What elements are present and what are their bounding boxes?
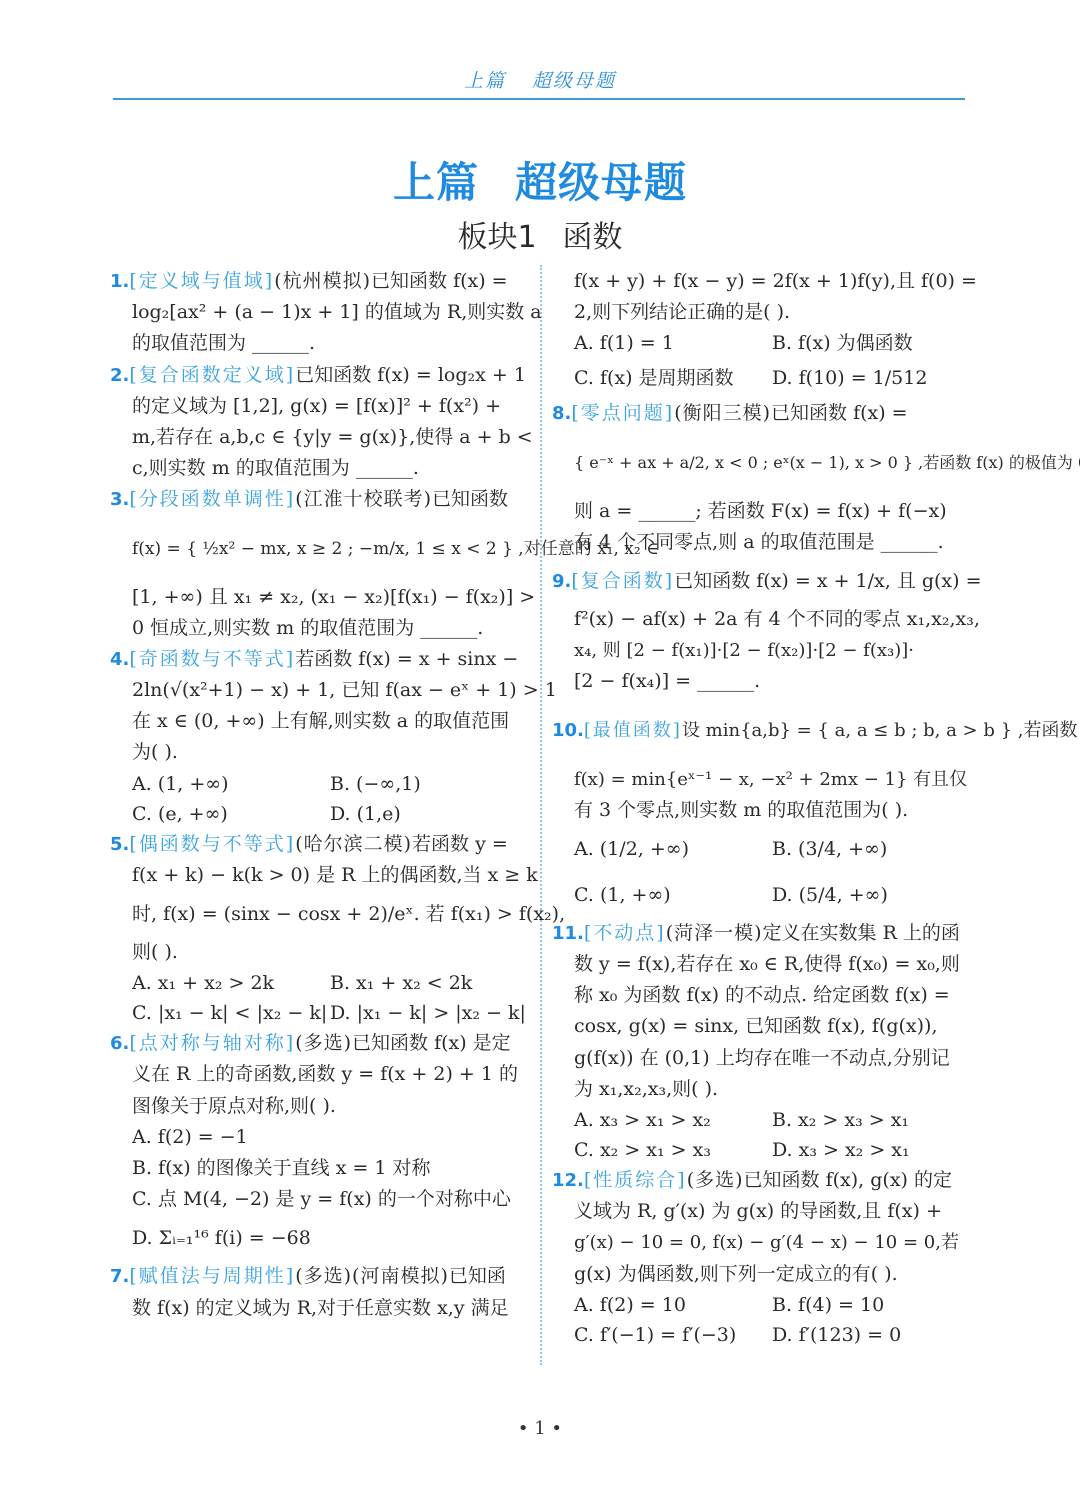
- question-text: 在 x ∈ (0, +∞) 上有解,则实数 a 的取值范围: [110, 706, 528, 737]
- part-title: 上篇超级母题: [0, 150, 1080, 210]
- left-column: 1.[定义域与值域](杭州模拟)已知函数 f(x) = log₂[ax² + (…: [110, 266, 528, 1324]
- option-b: B. x₂ > x₃ > x₁: [772, 1105, 970, 1135]
- question-text: cosx, g(x) = sinx, 已知函数 f(x), f(g(x)),: [552, 1011, 970, 1042]
- question-number: 12.: [552, 1170, 584, 1191]
- question-text: log₂[ax² + (a − 1)x + 1] 的值域为 R,则实数 a: [110, 297, 528, 328]
- question-text: 义域为 R, g′(x) 为 g(x) 的导函数,且 f(x) +: [552, 1196, 970, 1227]
- option-a: A. f(1) = 1: [574, 328, 772, 358]
- running-head: 上篇超级母题: [0, 66, 1080, 93]
- source-label: (多选)(河南模拟): [295, 1265, 449, 1287]
- question-text: 有 4 个不同零点,则 a 的取值范围是 ______.: [552, 527, 970, 558]
- question-1: 1.[定义域与值域](杭州模拟)已知函数 f(x) = log₂[ax² + (…: [110, 266, 528, 360]
- question-11: 11.[不动点](菏泽一模)定义在实数集 R 上的函 数 y = f(x),若存…: [552, 918, 970, 1165]
- option-b: B. (3/4, +∞): [772, 826, 970, 872]
- topic-tag: [定义域与值域]: [129, 270, 274, 292]
- option-d: D. (5/4, +∞): [772, 872, 970, 918]
- question-text: 时, f(x) = (sinx − cosx + 2)/eˣ. 若 f(x₁) …: [110, 891, 528, 937]
- question-text: f(x + y) + f(x − y) = 2f(x + 1)f(y),且 f(…: [552, 266, 970, 297]
- question-number: 2.: [110, 365, 129, 386]
- question-10: 10.[最值函数]设 min{a,b} = { a, a ≤ b ; b, a …: [552, 698, 970, 918]
- question-text: 定义在实数集 R 上的函: [763, 922, 960, 944]
- question-12: 12.[性质综合](多选)已知函数 f(x), g(x) 的定 义域为 R, g…: [552, 1165, 970, 1350]
- question-text: 2ln(√(x²+1) − x) + 1, 已知 f(ax − eˣ + 1) …: [110, 675, 528, 706]
- option-d: D. (1,e): [330, 799, 528, 829]
- running-head-part: 上篇: [464, 70, 506, 92]
- option-d: D. Σᵢ₌₁¹⁶ f(i) = −68: [110, 1215, 528, 1261]
- topic-tag: [赋值法与周期性]: [129, 1265, 295, 1287]
- block-label: 板块1: [457, 220, 536, 255]
- option-c: C. |x₁ − k| < |x₂ − k|: [132, 998, 330, 1028]
- question-text: 图像关于原点对称,则( ).: [110, 1091, 528, 1122]
- source-label: (衡阳三模): [674, 402, 771, 424]
- question-text: 称 x₀ 为函数 f(x) 的不动点. 给定函数 f(x) =: [552, 980, 970, 1011]
- running-head-title: 超级母题: [532, 70, 616, 92]
- question-text: 已知函数 f(x) =: [771, 402, 908, 424]
- source-label: (哈尔滨二模): [295, 833, 412, 855]
- topic-tag: [奇函数与不等式]: [129, 648, 295, 670]
- topic-tag: [偶函数与不等式]: [129, 833, 295, 855]
- option-b: B. (−∞,1): [330, 769, 528, 799]
- question-9: 9.[复合函数]已知函数 f(x) = x + 1/x, 且 g(x) = f²…: [552, 558, 970, 698]
- option-d: D. f′(123) = 0: [772, 1320, 970, 1350]
- piecewise-formula: f(x) = { ½x² − mx, x ≥ 2 ; −m/x, 1 ≤ x <…: [110, 516, 528, 582]
- source-label: (菏泽一模): [666, 922, 763, 944]
- option-a: A. (1/2, +∞): [574, 826, 772, 872]
- question-text: [1, +∞) 且 x₁ ≠ x₂, (x₁ − x₂)[f(x₁) − f(x…: [110, 582, 528, 613]
- question-number: 11.: [552, 923, 584, 944]
- option-c: C. x₂ > x₁ > x₃: [574, 1135, 772, 1165]
- option-a: A. f(2) = 10: [574, 1290, 772, 1320]
- question-text: 设 min{a,b} = { a, a ≤ b ; b, a > b } ,若函…: [682, 720, 1078, 741]
- question-text: 已知函数 f(x) =: [371, 270, 508, 292]
- question-number: 5.: [110, 834, 129, 855]
- topic-tag: [分段函数单调性]: [129, 488, 295, 510]
- question-text: 若函数 f(x) = x + sinx −: [295, 648, 518, 670]
- option-a: A. x₃ > x₁ > x₂: [574, 1105, 772, 1135]
- question-text: 为 x₁,x₂,x₃,则( ).: [552, 1074, 970, 1105]
- column-divider: [540, 265, 542, 1365]
- question-text: 已知函数 f(x), g(x) 的定: [744, 1169, 952, 1191]
- question-number: 3.: [110, 489, 129, 510]
- topic-tag: [零点问题]: [571, 402, 674, 424]
- question-text: g(x) 为偶函数,则下列一定成立的有( ).: [552, 1259, 970, 1290]
- option-d: D. |x₁ − k| > |x₂ − k|: [330, 998, 528, 1028]
- option-a: A. (1, +∞): [132, 769, 330, 799]
- option-a: A. f(2) = −1: [110, 1122, 528, 1153]
- piecewise-formula: { e⁻ˣ + ax + a/2, x < 0 ; eˣ(x − 1), x >…: [552, 430, 970, 496]
- part-name: 超级母题: [515, 158, 687, 207]
- question-5: 5.[偶函数与不等式](哈尔滨二模)若函数 y = f(x + k) − k(k…: [110, 829, 528, 1029]
- question-text: m,若存在 a,b,c ∈ {y|y = g(x)},使得 a + b <: [110, 422, 528, 453]
- question-text: g′(x) − 10 = 0, f(x) − g′(4 − x) − 10 = …: [552, 1227, 970, 1258]
- question-text: [2 − f(x₄)] = ______.: [552, 666, 970, 697]
- topic-tag: [复合函数]: [571, 570, 674, 592]
- question-text: 已知函数: [432, 488, 508, 510]
- option-b: B. f(x) 的图像关于直线 x = 1 对称: [110, 1153, 528, 1184]
- question-text: 则( ).: [110, 937, 528, 968]
- option-d: D. x₃ > x₂ > x₁: [772, 1135, 970, 1165]
- question-8: 8.[零点问题](衡阳三模)已知函数 f(x) = { e⁻ˣ + ax + a…: [552, 398, 970, 558]
- question-6: 6.[点对称与轴对称](多选)已知函数 f(x) 是定 义在 R 上的奇函数,函…: [110, 1028, 528, 1261]
- question-text: c,则实数 m 的取值范围为 ______.: [110, 453, 528, 484]
- question-number: 7.: [110, 1266, 129, 1287]
- question-2: 2.[复合函数定义域]已知函数 f(x) = log₂x + 1 的定义域为 […: [110, 360, 528, 485]
- option-c: C. 点 M(4, −2) 是 y = f(x) 的一个对称中心: [110, 1184, 528, 1215]
- block-title: 板块1函数: [0, 212, 1080, 256]
- source-label: (多选): [295, 1032, 352, 1054]
- question-text: 0 恒成立,则实数 m 的取值范围为 ______.: [110, 613, 528, 644]
- page-number: • 1 •: [0, 1418, 1080, 1439]
- question-text: 为( ).: [110, 737, 528, 768]
- question-text: 已知函: [449, 1265, 506, 1287]
- question-3: 3.[分段函数单调性](江淮十校联考)已知函数 f(x) = { ½x² − m…: [110, 484, 528, 644]
- question-text: 则 a = ______; 若函数 F(x) = f(x) + f(−x): [552, 496, 970, 527]
- topic-tag: [不动点]: [584, 922, 666, 944]
- question-text: 的定义域为 [1,2], g(x) = [f(x)]² + f(x²) +: [110, 391, 528, 422]
- question-number: 4.: [110, 649, 129, 670]
- question-7: 7.[赋值法与周期性](多选)(河南模拟)已知函 数 f(x) 的定义域为 R,…: [110, 1261, 528, 1323]
- question-text: 数 y = f(x),若存在 x₀ ∈ R,使得 f(x₀) = x₀,则: [552, 949, 970, 980]
- question-text: 有 3 个零点,则实数 m 的取值范围为( ).: [552, 795, 970, 826]
- question-text: 的取值范围为 ______.: [110, 328, 528, 359]
- question-text: g(f(x)) 在 (0,1) 上均存在唯一不动点,分别记: [552, 1043, 970, 1074]
- source-label: (江淮十校联考): [295, 488, 432, 510]
- option-b: B. f(4) = 10: [772, 1290, 970, 1320]
- source-label: (多选): [687, 1169, 744, 1191]
- question-number: 9.: [552, 571, 571, 592]
- question-text: f²(x) − af(x) + 2a 有 4 个不同的零点 x₁,x₂,x₃,: [552, 604, 970, 635]
- option-d: D. f(10) = 1/512: [772, 358, 970, 398]
- question-text: 义在 R 上的奇函数,函数 y = f(x + 2) + 1 的: [110, 1059, 528, 1090]
- question-text: 数 f(x) 的定义域为 R,对于任意实数 x,y 满足: [110, 1293, 528, 1324]
- question-text: 已知函数 f(x) 是定: [352, 1032, 511, 1054]
- topic-tag: [最值函数]: [584, 720, 682, 741]
- part-label: 上篇: [393, 158, 479, 207]
- question-7-continued: f(x + y) + f(x − y) = 2f(x + 1)f(y),且 f(…: [552, 266, 970, 398]
- question-text: x₄, 则 [2 − f(x₁)]·[2 − f(x₂)]·[2 − f(x₃)…: [552, 635, 970, 666]
- question-text: 2,则下列结论正确的是( ).: [552, 297, 970, 328]
- option-c: C. f′(−1) = f′(−3): [574, 1320, 772, 1350]
- topic-tag: [性质综合]: [584, 1169, 687, 1191]
- question-number: 6.: [110, 1033, 129, 1054]
- question-text: 若函数 y =: [412, 833, 508, 855]
- option-b: B. x₁ + x₂ < 2k: [330, 968, 528, 998]
- question-number: 1.: [110, 271, 129, 292]
- source-label: (杭州模拟): [274, 270, 371, 292]
- header-rule: [113, 98, 965, 100]
- question-text: 已知函数 f(x) = x + 1/x, 且 g(x) =: [674, 570, 981, 592]
- block-name: 函数: [563, 220, 623, 255]
- question-number: 8.: [552, 403, 571, 424]
- question-4: 4.[奇函数与不等式]若函数 f(x) = x + sinx − 2ln(√(x…: [110, 644, 528, 829]
- question-text: f(x) = min{eˣ⁻¹ − x, −x² + 2mx − 1} 有且仅: [552, 764, 970, 795]
- topic-tag: [复合函数定义域]: [129, 364, 295, 386]
- option-b: B. f(x) 为偶函数: [772, 328, 970, 358]
- question-number: 10.: [552, 720, 584, 741]
- option-c: C. (e, +∞): [132, 799, 330, 829]
- option-a: A. x₁ + x₂ > 2k: [132, 968, 330, 998]
- option-c: C. (1, +∞): [574, 872, 772, 918]
- right-column: f(x + y) + f(x − y) = 2f(x + 1)f(y),且 f(…: [552, 266, 970, 1350]
- topic-tag: [点对称与轴对称]: [129, 1032, 295, 1054]
- option-c: C. f(x) 是周期函数: [574, 358, 772, 398]
- question-text: 已知函数 f(x) = log₂x + 1: [295, 364, 526, 386]
- question-text: f(x + k) − k(k > 0) 是 R 上的偶函数,当 x ≥ k: [110, 860, 528, 891]
